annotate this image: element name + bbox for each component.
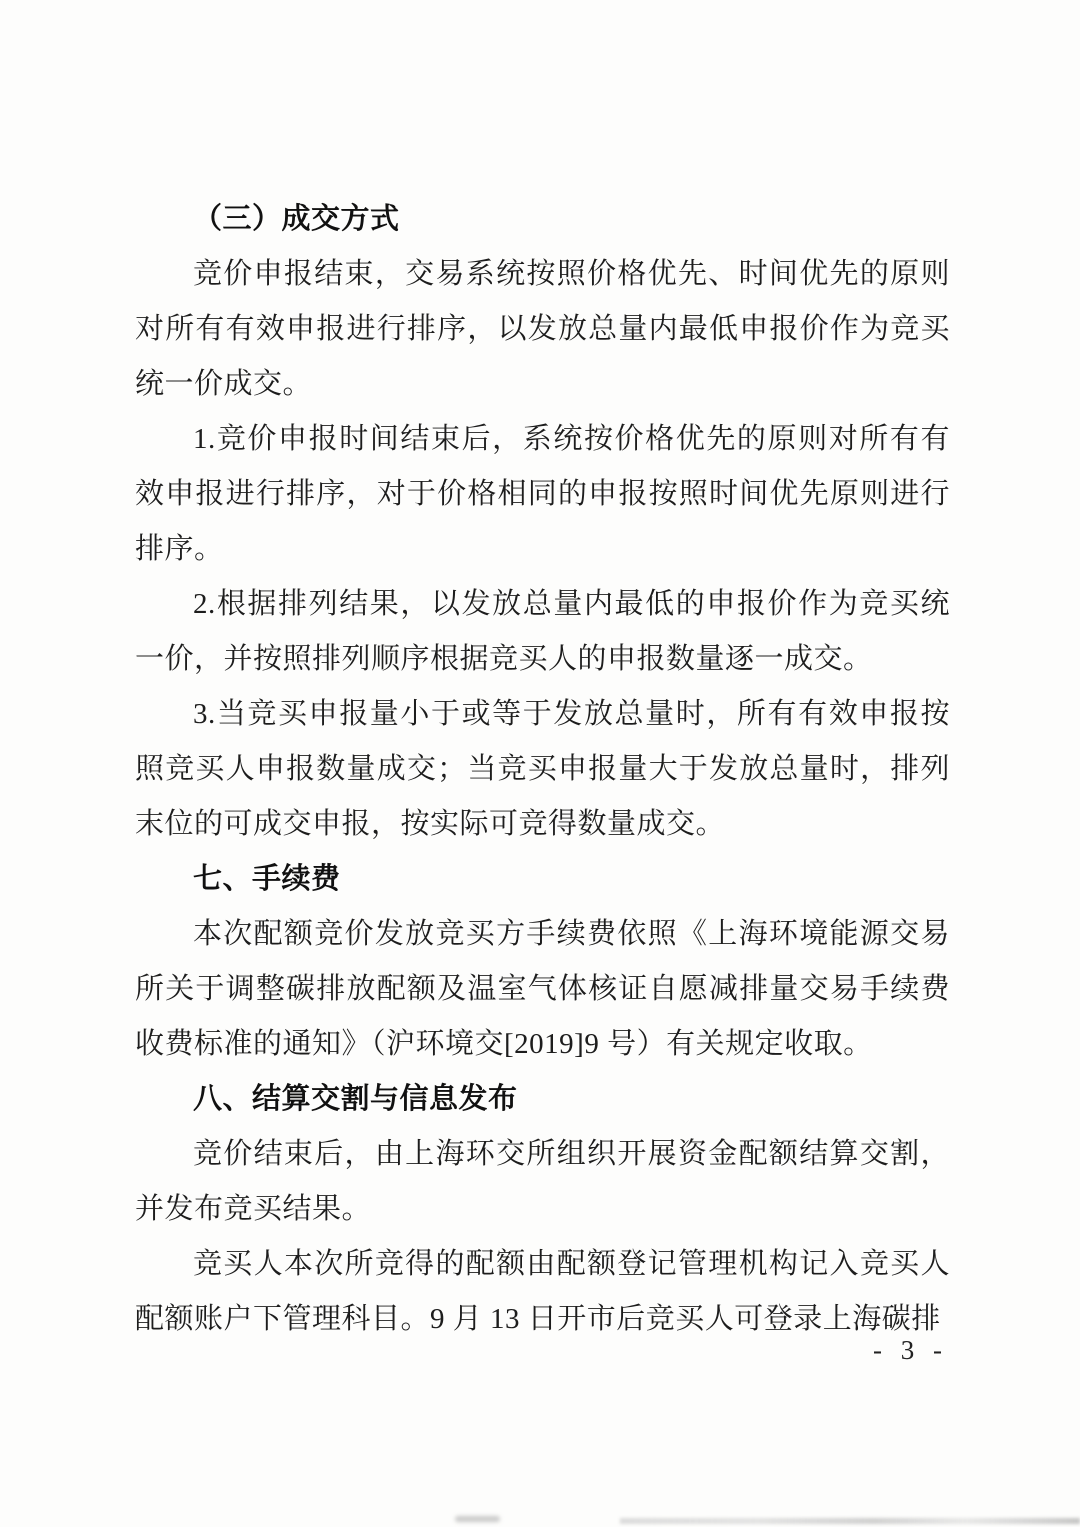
page-number: - 3 - xyxy=(873,1333,948,1367)
paragraph-deal-method-rule-1: 1.竞价申报时间结束后，系统按价格优先的原则对所有有效申报进行排序，对于价格相同… xyxy=(135,412,950,577)
section-heading-deal-method: （三）成交方式 xyxy=(135,192,950,247)
document-page: （三）成交方式 竞价申报结束，交易系统按照价格优先、时间优先的原则对所有有效申报… xyxy=(0,0,1080,1527)
section-heading-service-fee: 七、手续费 xyxy=(135,852,950,907)
paragraph-deal-method-rule-3: 3.当竞买申报量小于或等于发放总量时，所有有效申报按照竞买人申报数量成交；当竞买… xyxy=(135,687,950,852)
paragraph-deal-method-intro: 竞价申报结束，交易系统按照价格优先、时间优先的原则对所有有效申报进行排序，以发放… xyxy=(135,247,950,412)
paragraph-settlement: 竞价结束后，由上海环交所组织开展资金配额结算交割，并发布竞买结果。 xyxy=(135,1127,950,1237)
scan-artifact-streak xyxy=(620,1518,1080,1524)
scan-artifact-smudge xyxy=(455,1516,500,1522)
section-heading-settlement-info: 八、结算交割与信息发布 xyxy=(135,1072,950,1127)
paragraph-deal-method-rule-2: 2.根据排列结果，以发放总量内最低的申报价作为竞买统一价，并按照排列顺序根据竞买… xyxy=(135,577,950,687)
paragraph-quota-registration: 竞买人本次所竞得的配额由配额登记管理机构记入竞买人配额账户下管理科目。9 月 1… xyxy=(135,1237,950,1347)
paragraph-service-fee: 本次配额竞价发放竞买方手续费依照《上海环境能源交易所关于调整碳排放配额及温室气体… xyxy=(135,907,950,1072)
document-body: （三）成交方式 竞价申报结束，交易系统按照价格优先、时间优先的原则对所有有效申报… xyxy=(135,192,950,1347)
